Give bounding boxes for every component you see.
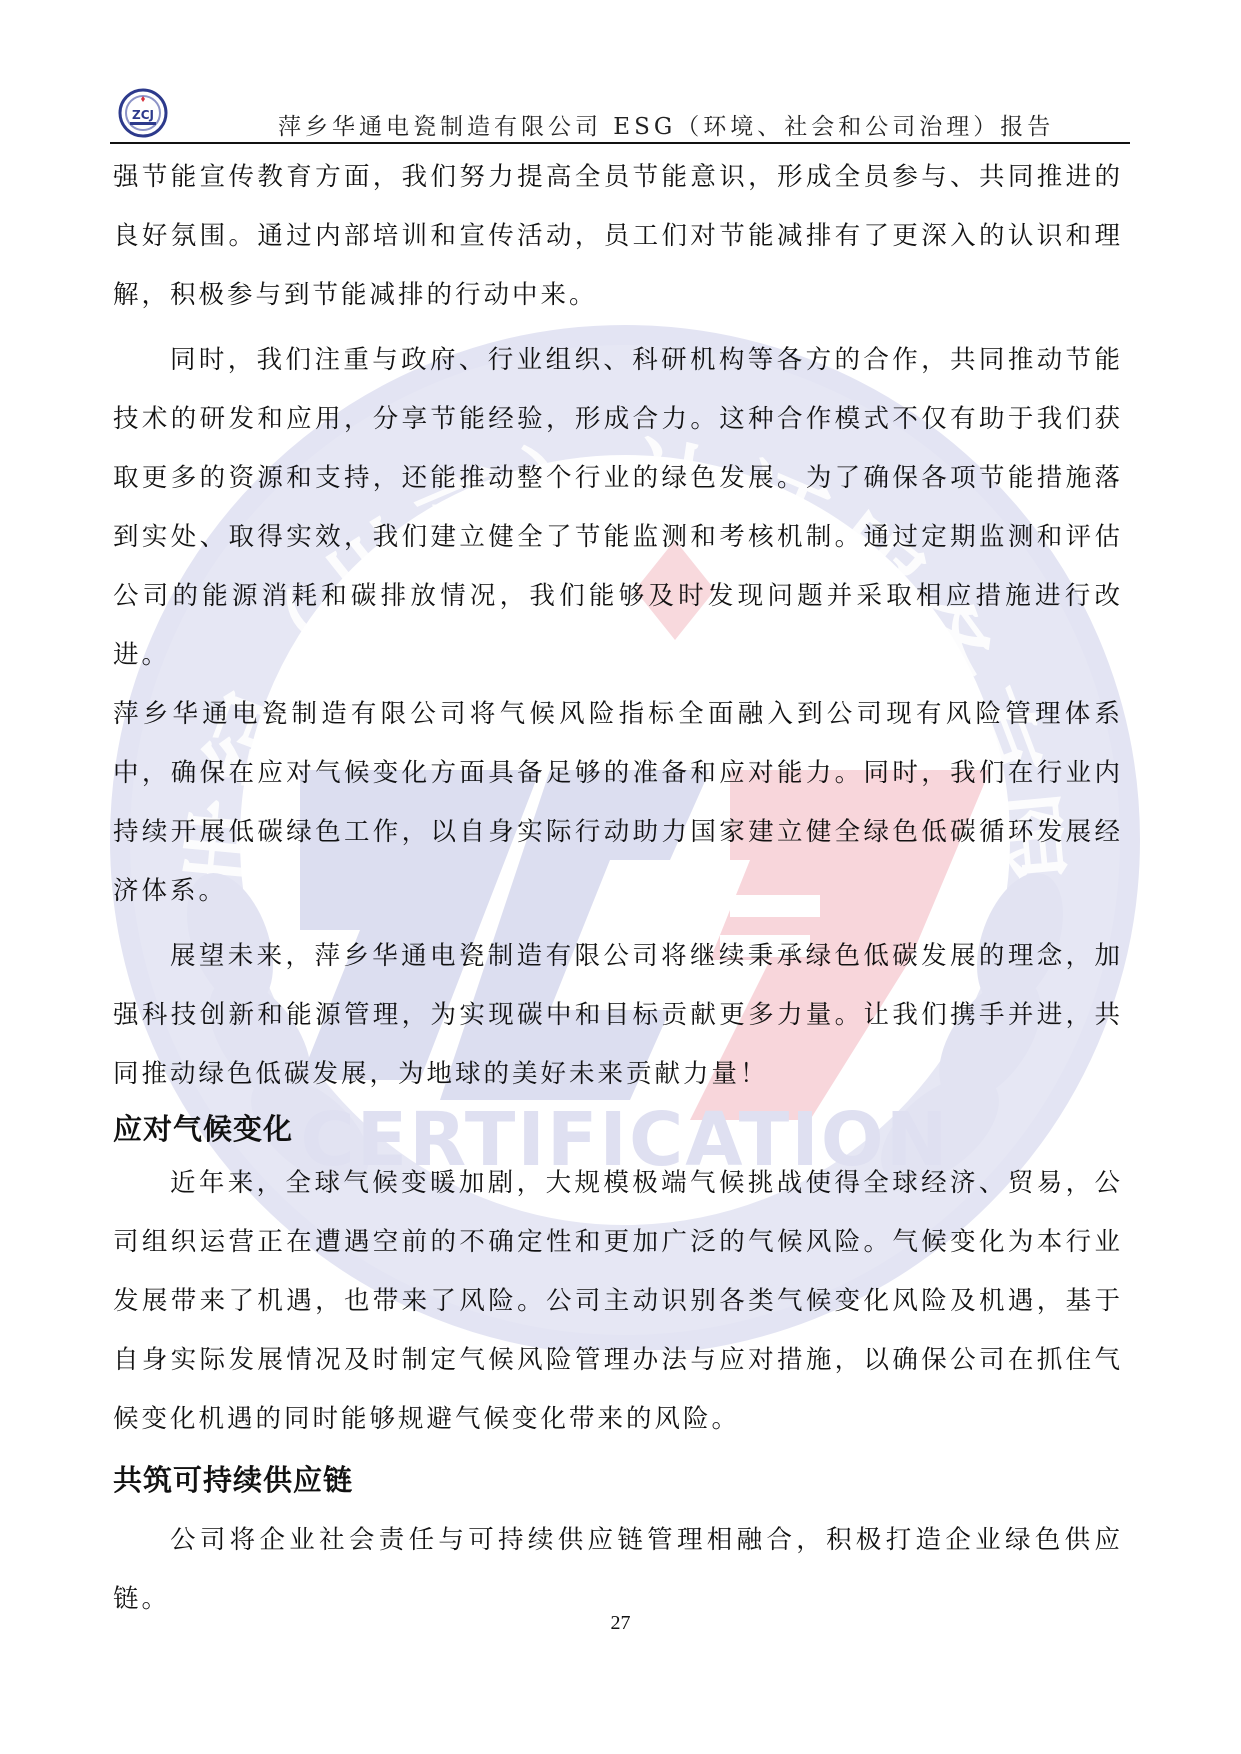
page-body: 强节能宣传教育方面，我们努力提高全员节能意识，形成全员参与、共同推进的良好氛围。… — [113, 148, 1123, 1629]
paragraph-climate-change: 近年来，全球气候变暖加剧，大规模极端气候挑战使得全球经济、贸易，公司组织运营正在… — [113, 1154, 1123, 1449]
header-divider — [110, 142, 1130, 144]
svg-text:ZCJ: ZCJ — [132, 108, 154, 122]
section-heading-sustainable-supply-chain: 共筑可持续供应链 — [113, 1455, 1123, 1505]
report-header-title: 萍乡华通电瓷制造有限公司 ESG（环境、社会和公司治理）报告 — [278, 108, 1054, 141]
paragraph-climate-risk-integration: 萍乡华通电瓷制造有限公司将气候风险指标全面融入到公司现有风险管理体系中，确保在应… — [113, 685, 1123, 921]
paragraph-cooperation: 同时，我们注重与政府、行业组织、科研机构等各方的合作，共同推动节能技术的研发和应… — [113, 331, 1123, 685]
page-header: ZCJ 萍乡华通电瓷制造有限公司 ESG（环境、社会和公司治理）报告 — [110, 86, 1130, 142]
page-number: 27 — [0, 1612, 1241, 1635]
paragraph-energy-education: 强节能宣传教育方面，我们努力提高全员节能意识，形成全员参与、共同推进的良好氛围。… — [113, 148, 1123, 325]
paragraph-outlook: 展望未来，萍乡华通电瓷制造有限公司将继续秉承绿色低碳发展的理念，加强科技创新和能… — [113, 927, 1123, 1104]
section-heading-climate-change: 应对气候变化 — [113, 1104, 1123, 1154]
certification-seal-icon: ZCJ — [118, 88, 168, 138]
